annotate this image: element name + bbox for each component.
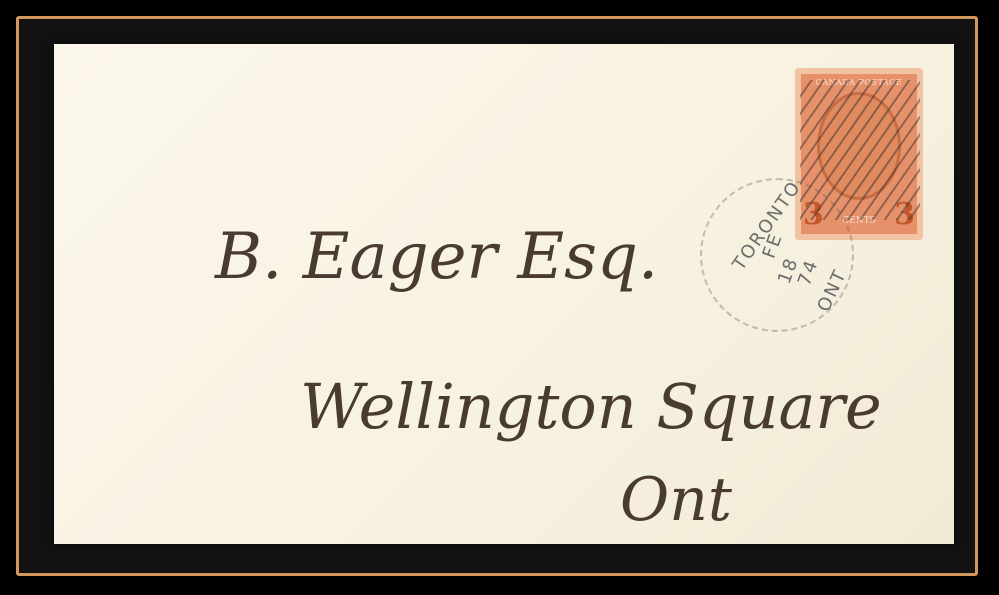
address-province: Ont [620, 465, 732, 535]
address-recipient: B. Eager Esq. [215, 220, 658, 294]
address-town: Wellington Square [300, 370, 882, 443]
